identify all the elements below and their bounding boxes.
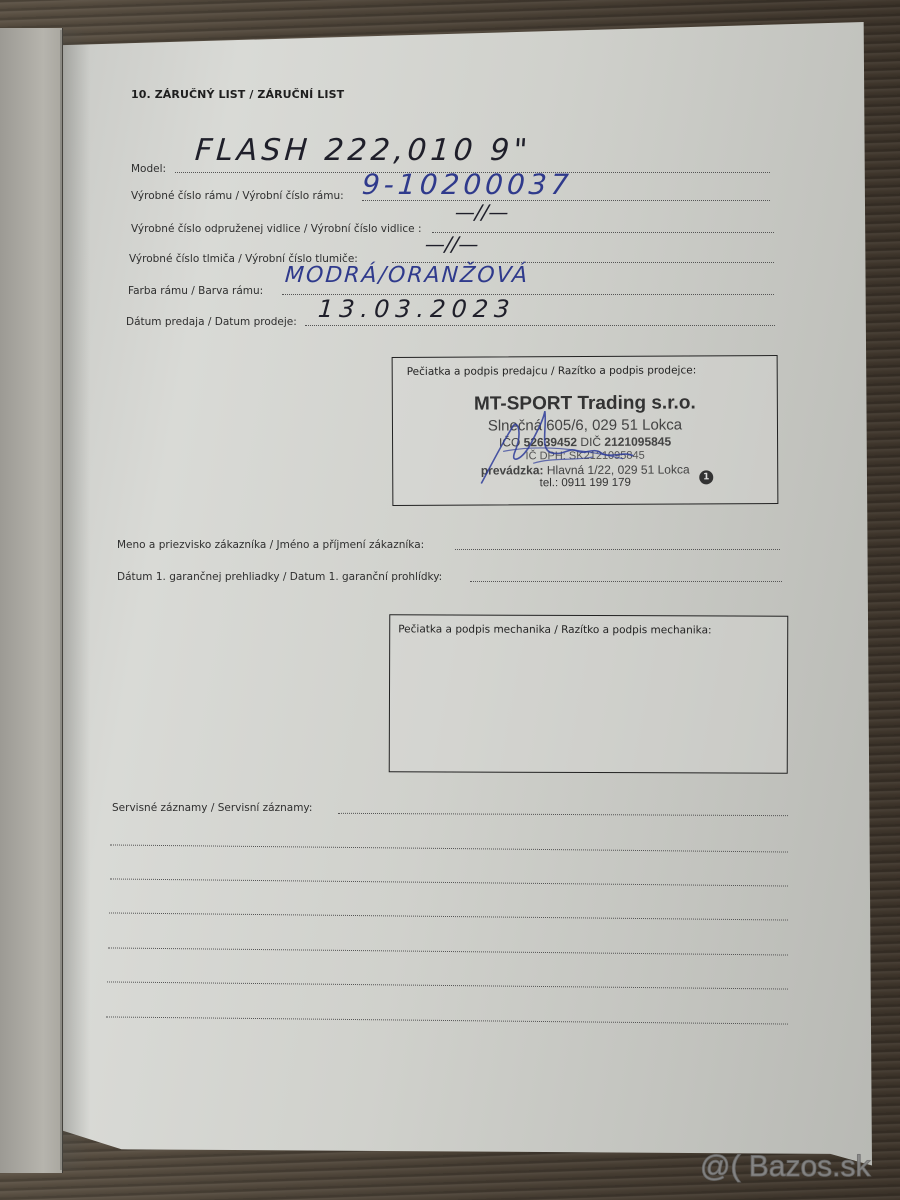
stamp-number-badge: 1 [699, 470, 713, 484]
sale-date-field[interactable] [305, 325, 775, 326]
service-line-1[interactable] [110, 844, 788, 852]
service-line-6[interactable] [106, 1016, 788, 1024]
bazos-watermark: @( Bazos.sk [700, 1150, 871, 1184]
fork-number-field[interactable] [432, 232, 774, 233]
fork-number-value: —//— [454, 200, 509, 224]
service-line-0[interactable] [338, 813, 788, 816]
frame-number-value: 9-10200037 [361, 168, 574, 201]
seller-signature-icon [473, 401, 643, 492]
service-line-3[interactable] [109, 912, 788, 920]
mechanic-stamp-box[interactable]: Pečiatka a podpis mechanika / Razítko a … [389, 614, 789, 773]
service-records-label: Servisné záznamy / Servisní záznamy: [112, 802, 312, 814]
first-inspection-field[interactable] [470, 581, 782, 582]
sale-date-label: Dátum predaja / Datum prodeje: [126, 316, 297, 328]
seller-stamp-label: Pečiatka a podpis predajcu / Razítko a p… [407, 364, 697, 378]
mechanic-stamp-label: Pečiatka a podpis mechanika / Razítko a … [398, 623, 711, 636]
service-line-4[interactable] [108, 947, 788, 955]
fork-number-label: Výrobné číslo odpruženej vidlice / Výrob… [131, 223, 422, 235]
frame-number-label: Výrobné číslo rámu / Výrobní číslo rámu: [131, 190, 344, 202]
frame-color-label: Farba rámu / Barva rámu: [128, 285, 263, 297]
first-inspection-label: Dátum 1. garančnej prehliadky / Datum 1.… [117, 571, 442, 583]
sale-date-value: 13.03.2023 [317, 295, 516, 323]
model-value: FLASH 222,010 9" [194, 133, 533, 168]
model-label: Model: [131, 163, 166, 175]
service-line-5[interactable] [107, 981, 788, 989]
service-line-2[interactable] [110, 878, 788, 886]
seller-stamp-box[interactable]: Pečiatka a podpis predajcu / Razítko a p… [392, 355, 779, 506]
form-title: 10. ZÁRUČNÝ LIST / ZÁRUČNÍ LIST [131, 88, 344, 101]
customer-name-label: Meno a priezvisko zákazníka / Jméno a př… [117, 539, 424, 551]
frame-color-value: MODRÁ/ORANŽOVÁ [284, 263, 530, 288]
customer-name-field[interactable] [455, 549, 780, 550]
shock-number-value: —//— [424, 232, 479, 256]
warranty-form: 10. ZÁRUČNÝ LIST / ZÁRUČNÍ LIST Model: F… [0, 0, 900, 1200]
